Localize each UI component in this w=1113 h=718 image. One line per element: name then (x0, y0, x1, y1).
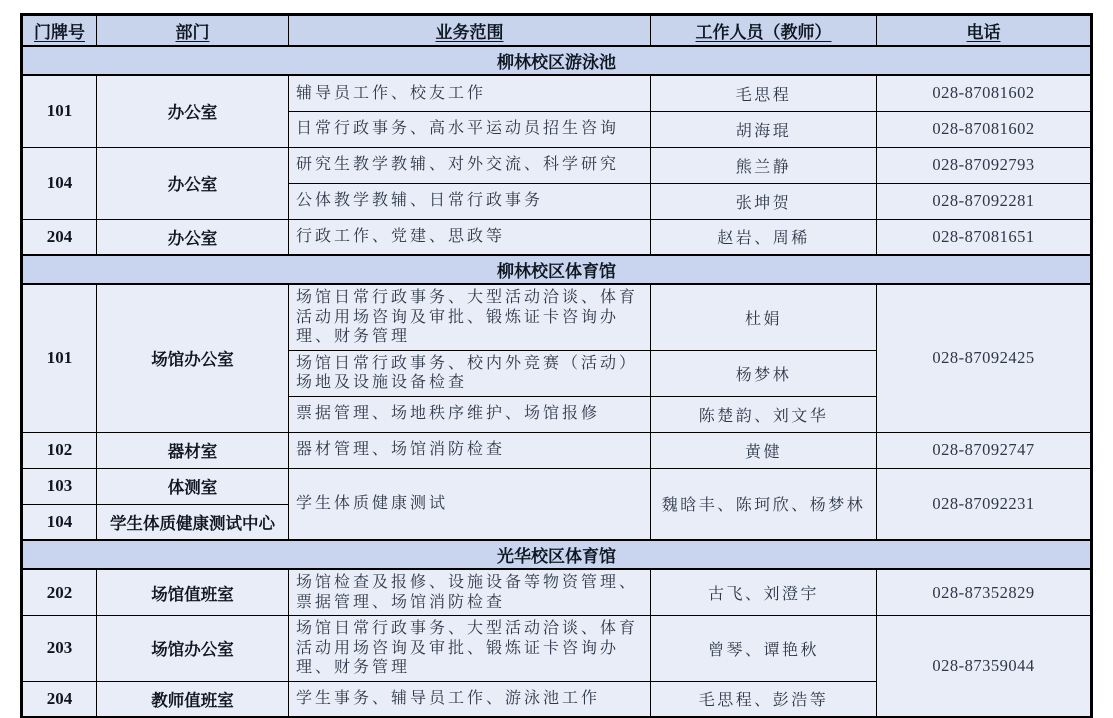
room-number-cell: 204 (22, 219, 97, 255)
phone-cell: 028-87081602 (877, 111, 1092, 147)
section-row: 柳林校区体育馆 (22, 255, 1092, 284)
staff-cell: 陈楚韵、刘文华 (651, 396, 877, 432)
business-scope-cell: 行政工作、党建、思政等 (289, 219, 651, 255)
table-row: 103体测室学生体质健康测试魏晗丰、陈珂欣、杨梦林028-87092231 (22, 468, 1092, 504)
table-row: 101场馆办公室场馆日常行政事务、大型活动洽谈、体育活动用场咨询及审批、锻炼证卡… (22, 284, 1092, 350)
room-number-cell: 101 (22, 75, 97, 147)
department-cell: 办公室 (97, 147, 289, 219)
department-cell: 场馆值班室 (97, 569, 289, 616)
contact-directory-table: 门牌号 部门 业务范围 工作人员（教师） 电话 柳林校区游泳池101办公室辅导员… (20, 13, 1093, 718)
room-number-cell: 101 (22, 284, 97, 432)
room-number-cell: 203 (22, 616, 97, 682)
table-row: 102器材室器材管理、场馆消防检查黄健028-87092747 (22, 432, 1092, 468)
table-row: 202场馆值班室场馆检查及报修、设施设备等物资管理、票据管理、场馆消防检查古飞、… (22, 569, 1092, 616)
table-row: 204办公室行政工作、党建、思政等赵岩、周稀028-87081651 (22, 219, 1092, 255)
room-number-cell: 103 (22, 468, 97, 504)
room-number-cell: 104 (22, 504, 97, 540)
page-background: 门牌号 部门 业务范围 工作人员（教师） 电话 柳林校区游泳池101办公室辅导员… (0, 0, 1113, 718)
room-number-cell: 204 (22, 681, 97, 717)
staff-cell: 魏晗丰、陈珂欣、杨梦林 (651, 468, 877, 540)
phone-cell: 028-87092747 (877, 432, 1092, 468)
business-scope-cell: 票据管理、场地秩序维护、场馆报修 (289, 396, 651, 432)
staff-cell: 赵岩、周稀 (651, 219, 877, 255)
section-row: 柳林校区游泳池 (22, 46, 1092, 75)
section-title: 光华校区体育馆 (22, 540, 1092, 569)
column-header-department: 部门 (97, 15, 289, 47)
phone-cell: 028-87352829 (877, 569, 1092, 616)
department-cell: 办公室 (97, 219, 289, 255)
phone-cell: 028-87359044 (877, 616, 1092, 718)
phone-cell: 028-87081651 (877, 219, 1092, 255)
staff-cell: 毛思程、彭浩等 (651, 681, 877, 717)
business-scope-cell: 日常行政事务、高水平运动员招生咨询 (289, 111, 651, 147)
column-header-staff: 工作人员（教师） (651, 15, 877, 47)
section-row: 光华校区体育馆 (22, 540, 1092, 569)
room-number-cell: 104 (22, 147, 97, 219)
table-header: 门牌号 部门 业务范围 工作人员（教师） 电话 (22, 15, 1092, 47)
phone-cell: 028-87081602 (877, 75, 1092, 111)
header-row: 门牌号 部门 业务范围 工作人员（教师） 电话 (22, 15, 1092, 47)
section-title: 柳林校区游泳池 (22, 46, 1092, 75)
room-number-cell: 202 (22, 569, 97, 616)
room-number-cell: 102 (22, 432, 97, 468)
business-scope-cell: 学生体质健康测试 (289, 468, 651, 540)
business-scope-cell: 场馆日常行政事务、大型活动洽谈、体育活动用场咨询及审批、锻炼证卡咨询办理、财务管… (289, 284, 651, 350)
business-scope-cell: 场馆日常行政事务、大型活动洽谈、体育活动用场咨询及审批、锻炼证卡咨询办理、财务管… (289, 616, 651, 682)
phone-cell: 028-87092793 (877, 147, 1092, 183)
table-row: 101办公室辅导员工作、校友工作毛思程028-87081602 (22, 75, 1092, 111)
staff-cell: 杨梦林 (651, 350, 877, 396)
department-cell: 教师值班室 (97, 681, 289, 717)
table-row: 203场馆办公室场馆日常行政事务、大型活动洽谈、体育活动用场咨询及审批、锻炼证卡… (22, 616, 1092, 682)
staff-cell: 曾琴、谭艳秋 (651, 616, 877, 682)
staff-cell: 毛思程 (651, 75, 877, 111)
column-header-phone: 电话 (877, 15, 1092, 47)
table-left-border-continuation (20, 694, 23, 718)
staff-cell: 古飞、刘澄宇 (651, 569, 877, 616)
column-header-room-number: 门牌号 (22, 15, 97, 47)
business-scope-cell: 场馆日常行政事务、校内外竞赛（活动）场地及设施设备检查 (289, 350, 651, 396)
business-scope-cell: 公体教学教辅、日常行政事务 (289, 183, 651, 219)
business-scope-cell: 学生事务、辅导员工作、游泳池工作 (289, 681, 651, 717)
department-cell: 场馆办公室 (97, 616, 289, 682)
department-cell: 器材室 (97, 432, 289, 468)
staff-cell: 杜娟 (651, 284, 877, 350)
staff-cell: 黄健 (651, 432, 877, 468)
directory-table-body: 柳林校区游泳池101办公室辅导员工作、校友工作毛思程028-87081602日常… (22, 46, 1092, 717)
section-title: 柳林校区体育馆 (22, 255, 1092, 284)
phone-cell: 028-87092425 (877, 284, 1092, 432)
staff-cell: 熊兰静 (651, 147, 877, 183)
staff-cell: 胡海琨 (651, 111, 877, 147)
table-row: 104办公室研究生教学教辅、对外交流、科学研究熊兰静028-87092793 (22, 147, 1092, 183)
department-cell: 学生体质健康测试中心 (97, 504, 289, 540)
department-cell: 场馆办公室 (97, 284, 289, 432)
department-cell: 办公室 (97, 75, 289, 147)
staff-cell: 张坤贺 (651, 183, 877, 219)
department-cell: 体测室 (97, 468, 289, 504)
phone-cell: 028-87092231 (877, 468, 1092, 540)
business-scope-cell: 场馆检查及报修、设施设备等物资管理、票据管理、场馆消防检查 (289, 569, 651, 616)
column-header-business-scope: 业务范围 (289, 15, 651, 47)
business-scope-cell: 辅导员工作、校友工作 (289, 75, 651, 111)
phone-cell: 028-87092281 (877, 183, 1092, 219)
business-scope-cell: 器材管理、场馆消防检查 (289, 432, 651, 468)
business-scope-cell: 研究生教学教辅、对外交流、科学研究 (289, 147, 651, 183)
